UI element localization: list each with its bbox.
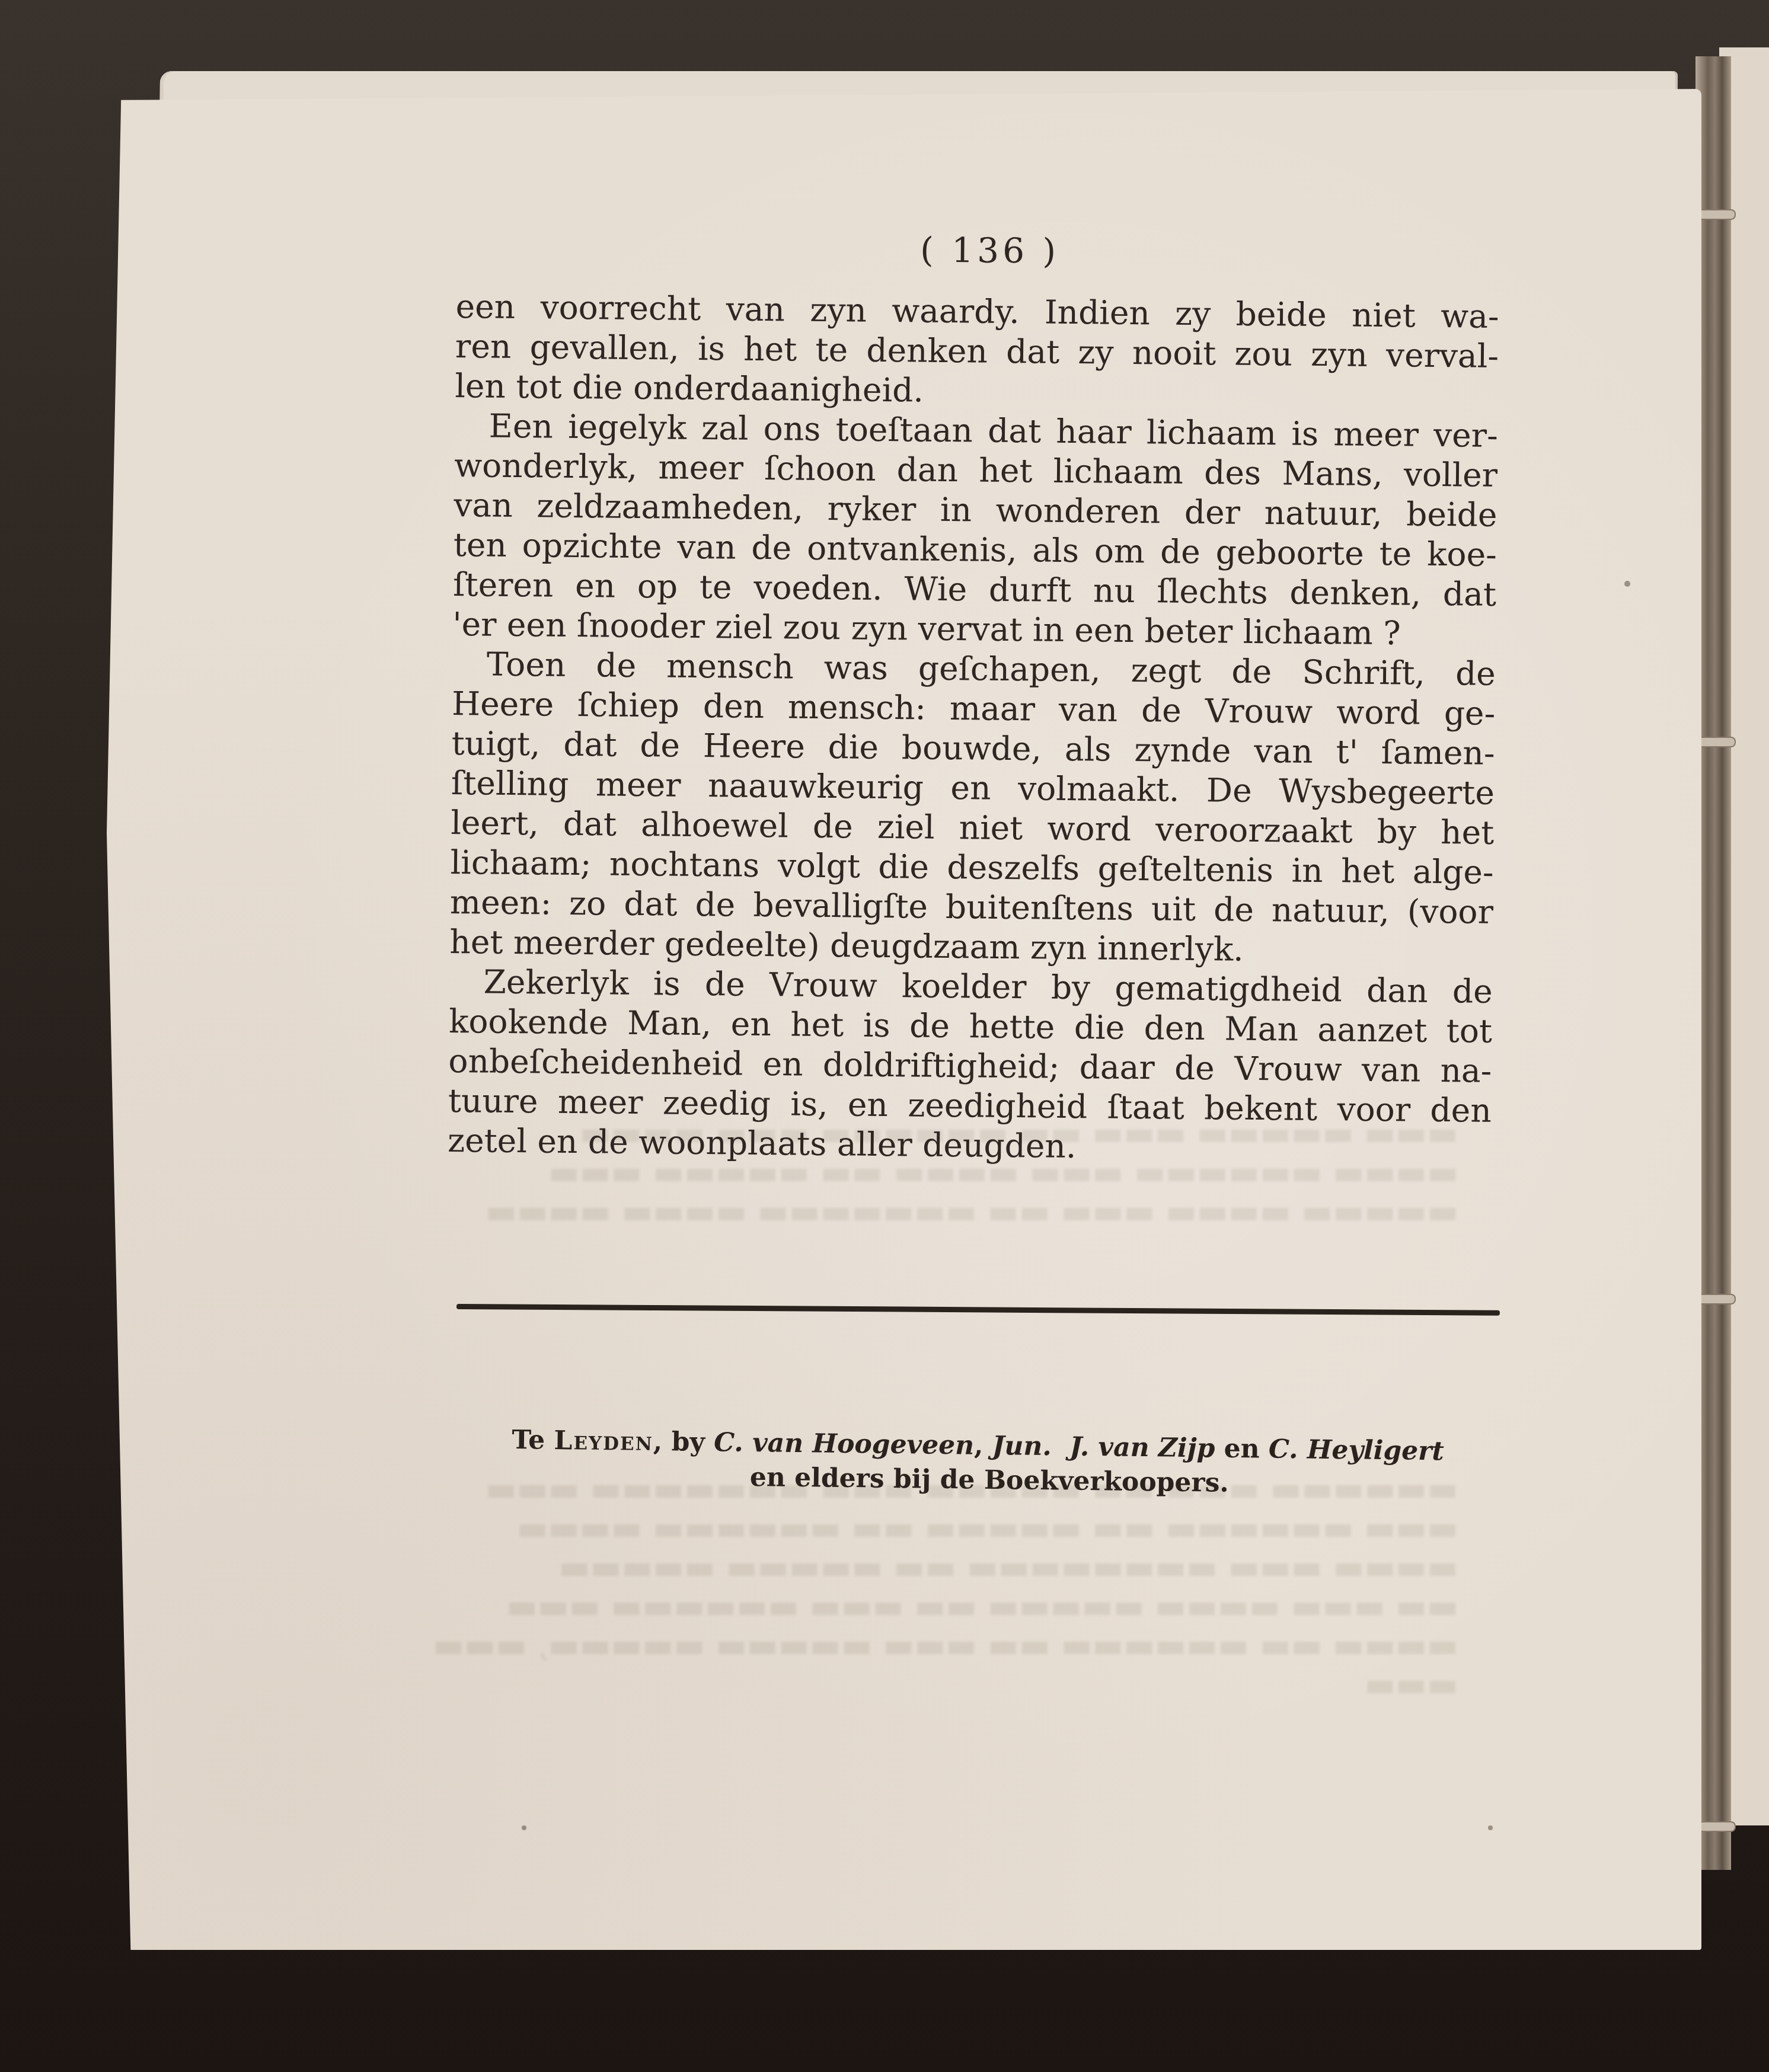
printer-imprint: Te Leyden, by C. van Hoogeveen, Jun. J. …: [462, 1422, 1494, 1504]
imprint-separator: [1052, 1431, 1070, 1462]
paper-speck: [1488, 1825, 1493, 1830]
imprint-printer-1: C. van Hoogeveen: [714, 1427, 974, 1460]
imprint-printer-1-suffix: Jun.: [992, 1431, 1052, 1462]
imprint-separator: , by: [653, 1427, 714, 1457]
page-body: ( 136 ) een voorrecht van zyn waardy. In…: [448, 225, 1500, 1171]
imprint-prefix: Te: [512, 1425, 554, 1456]
imprint-separator: ,: [974, 1431, 992, 1461]
imprint-printer-2: J. van Zijp: [1069, 1432, 1215, 1464]
imprint-printer-3: C. Heyligert: [1269, 1434, 1444, 1467]
paragraph-2: Een iegelyk zal ons toeſtaan dat haar li…: [452, 406, 1498, 654]
paragraph-1: een voorrecht van zyn waardy. Indien zy …: [455, 287, 1499, 416]
paper-speck: [1624, 581, 1630, 587]
paper-speck: [522, 1825, 526, 1830]
imprint-separator: en: [1215, 1434, 1269, 1465]
imprint-city: Leyden: [554, 1425, 653, 1457]
paragraph-4: Zekerlyk is de Vrouw koelder by gematigd…: [448, 962, 1493, 1171]
paragraph-3: Toen de mensch was geſchapen, zegt de Sc…: [449, 644, 1496, 972]
